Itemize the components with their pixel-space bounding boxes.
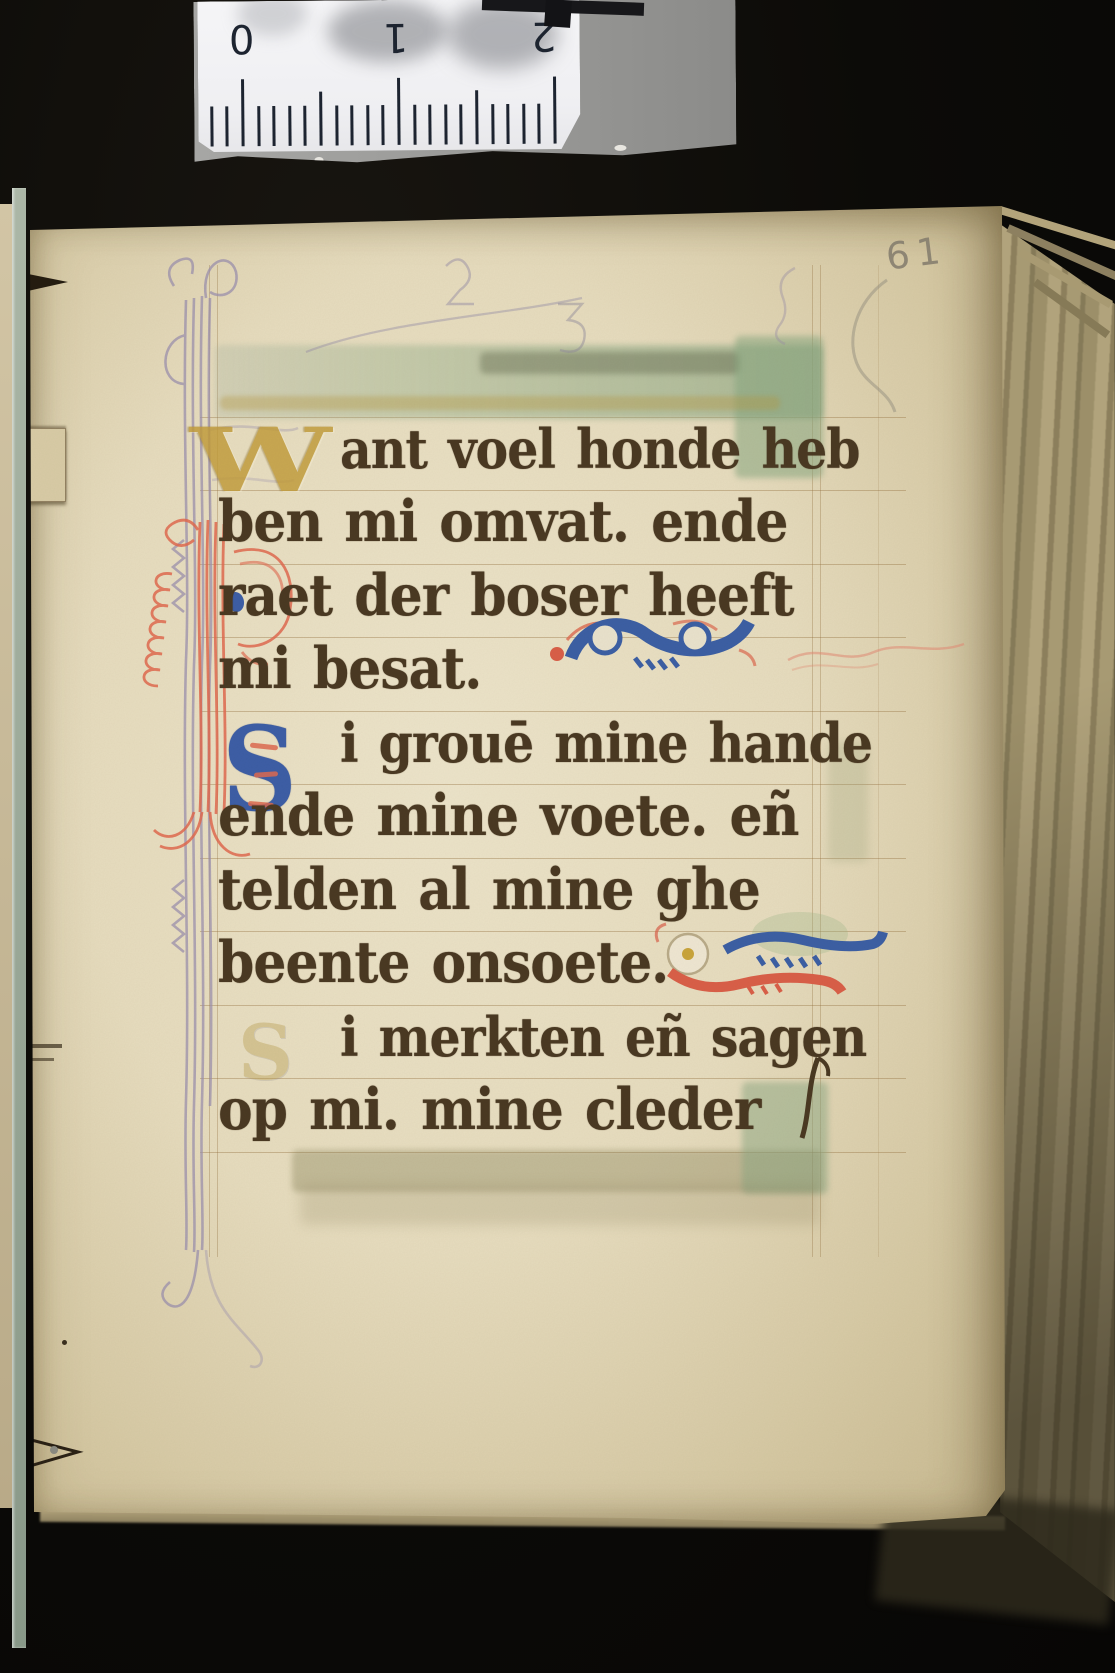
fleck bbox=[62, 1340, 67, 1345]
pencil-loop-mark bbox=[835, 272, 915, 422]
line-end-flourish bbox=[788, 1052, 834, 1144]
ruler-tick bbox=[553, 77, 557, 144]
ruler-tick bbox=[226, 106, 229, 146]
purple-squiggle bbox=[765, 262, 810, 347]
sewing-support-flap bbox=[26, 428, 66, 502]
glass-edge-strip bbox=[12, 188, 26, 1648]
ruler-tick bbox=[397, 78, 401, 145]
purple-squiggle bbox=[548, 292, 598, 357]
ruler-tick bbox=[413, 105, 416, 145]
line-filler-blue-red-scroll bbox=[640, 910, 890, 995]
ruler-tick bbox=[210, 107, 213, 147]
bottom-shadow-band bbox=[300, 1185, 820, 1225]
ruler-tick bbox=[444, 104, 447, 144]
ruler-tick bbox=[522, 104, 525, 144]
ruler-tick bbox=[241, 79, 245, 146]
ruler-tick bbox=[257, 106, 260, 146]
fore-edge-shading bbox=[1000, 212, 1115, 1607]
ruler-tick bbox=[428, 105, 431, 145]
card-fleck bbox=[314, 157, 323, 163]
ruler-tick bbox=[350, 105, 353, 145]
ruler-tick bbox=[304, 106, 307, 146]
ruler-tick bbox=[382, 105, 385, 145]
ruler-tick bbox=[460, 104, 463, 144]
sewing-slit bbox=[28, 1044, 62, 1048]
cm-ruler: 2 1 0 bbox=[197, 0, 580, 154]
ruler-tick bbox=[288, 106, 291, 146]
ruler-tick bbox=[538, 104, 541, 144]
manuscript-photo: 2 1 0 bbox=[0, 0, 1115, 1673]
ruler-tick bbox=[335, 105, 338, 145]
vellum-page: W S S ant voel honde heb ben mi omvat. e… bbox=[28, 202, 1006, 1534]
ruler-tick bbox=[366, 105, 369, 145]
card-fleck bbox=[494, 152, 504, 159]
facing-page-sliver bbox=[0, 204, 12, 1508]
purple-squiggle bbox=[438, 252, 478, 307]
ruler-tick bbox=[475, 90, 478, 144]
card-fleck bbox=[614, 145, 626, 151]
line-filler-blue-scroll bbox=[543, 602, 758, 677]
clamp-stub bbox=[544, 0, 572, 28]
ruler-tick bbox=[319, 92, 322, 146]
ruler-tick bbox=[506, 104, 509, 144]
manuscript-line: i merkten eñ sagen bbox=[340, 996, 965, 1077]
sewing-slit bbox=[28, 272, 70, 294]
manuscript-line: op mi. mine cleder bbox=[218, 1069, 843, 1150]
ruler-ticks bbox=[197, 0, 580, 154]
sewing-slit bbox=[28, 1058, 54, 1061]
manuscript-line: i grouē mine hande bbox=[340, 702, 965, 783]
ruler-tick bbox=[272, 106, 275, 146]
ruler-tick bbox=[491, 104, 494, 144]
manuscript-line: ben mi omvat. ende bbox=[218, 481, 843, 562]
manuscript-line: ende mine voete. eñ bbox=[218, 775, 843, 856]
